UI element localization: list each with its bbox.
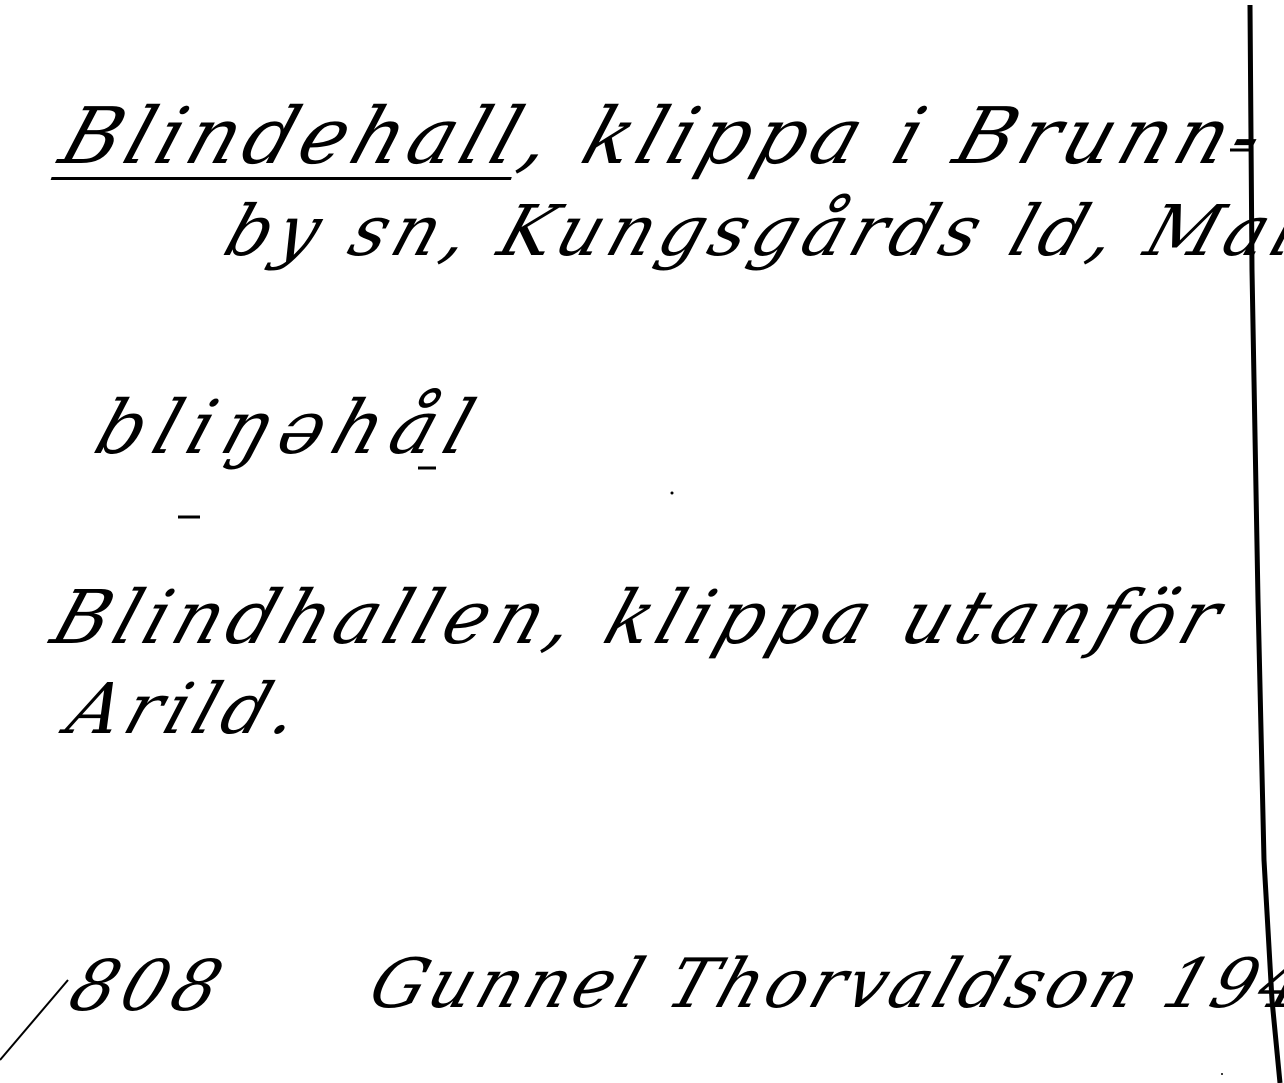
collection-year: 1945. xyxy=(1153,945,1284,1024)
location-text-1: , klippa i Brunn- xyxy=(510,92,1281,182)
location-text-2: by sn, Kungsgårds ld, Malm. l. xyxy=(215,190,1284,272)
phonetic-transcription: bliŋəhål xyxy=(85,385,495,471)
variant-location-text: Arild. xyxy=(58,668,317,750)
variant-form-text: Blindhallen, klippa utanför xyxy=(42,575,1237,661)
record-number: 808 xyxy=(60,945,238,1027)
entry-line-1: Blindehall, klippa i Brunn- xyxy=(50,92,1281,182)
archive-card: Blindehall, klippa i Brunn- by sn, Kungs… xyxy=(0,0,1284,1083)
collector-signature: Gunnel Thorvaldson 1945. xyxy=(360,945,1284,1024)
collector-name: Gunnel Thorvaldson xyxy=(360,945,1153,1024)
headword: Blindehall xyxy=(50,92,539,182)
